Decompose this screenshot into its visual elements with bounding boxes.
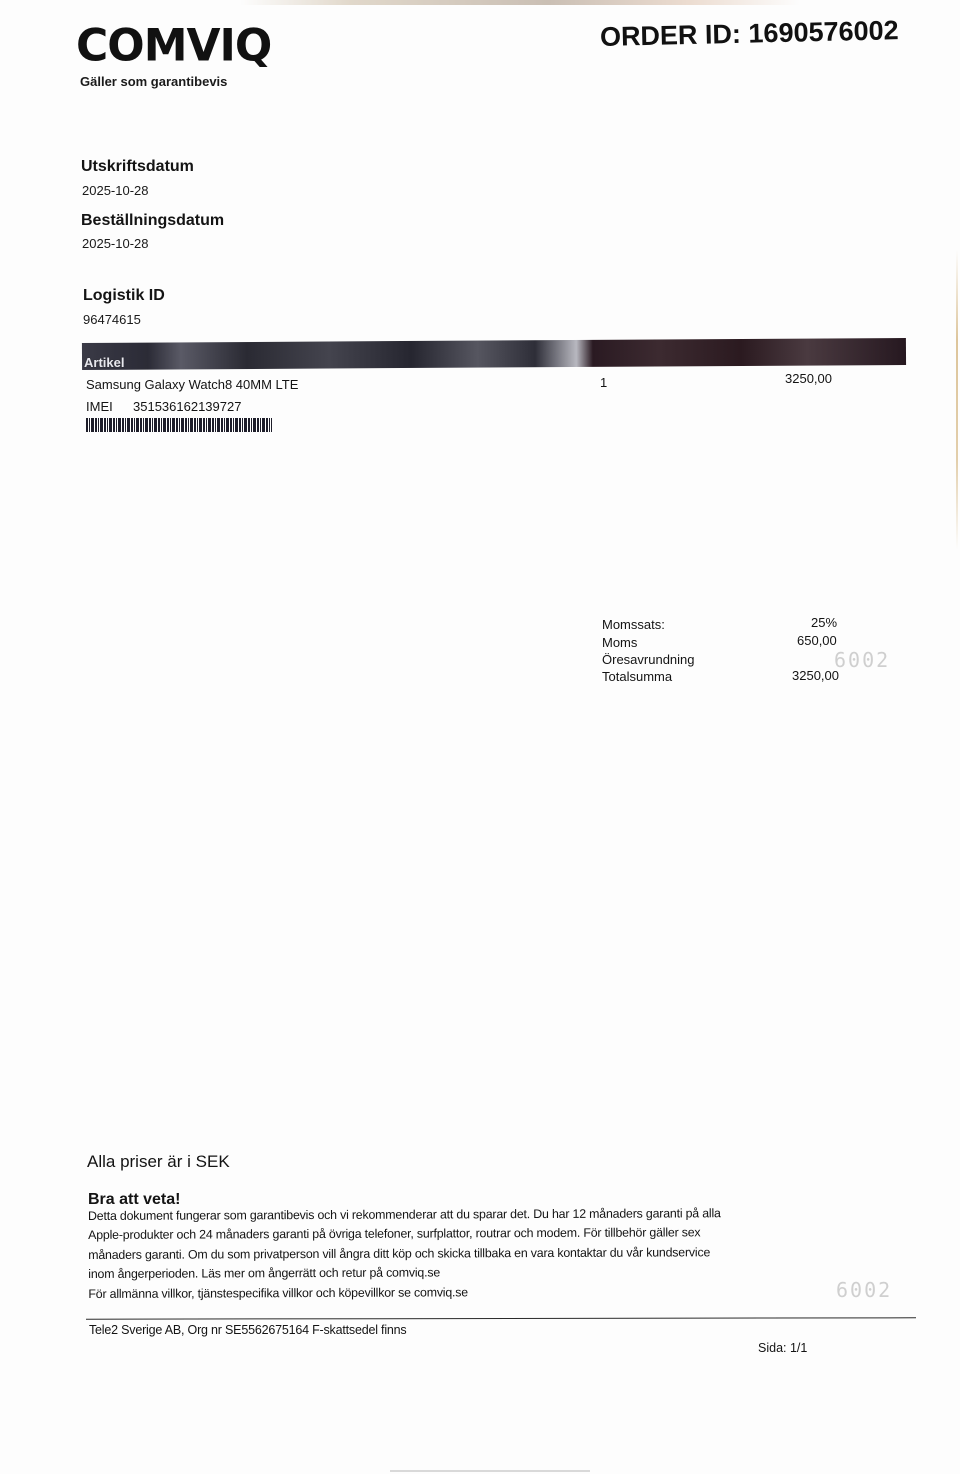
warranty-tagline: Gäller som garantibevis — [80, 74, 227, 89]
order-id-label: ORDER ID: — [600, 19, 742, 52]
total-value: 3250,00 — [792, 668, 839, 683]
order-date-label: Beställningsdatum — [81, 212, 224, 230]
vat-rate-label: Momssats: — [602, 617, 665, 632]
imei-label: IMEI — [86, 399, 113, 414]
logistics-id-label: Logistik ID — [83, 287, 165, 305]
vat-label: Moms — [602, 635, 637, 650]
print-date-value: 2025-10-28 — [82, 183, 149, 198]
good-to-know-line: Apple-produkter och 24 månaders garanti … — [88, 1223, 768, 1245]
bleed-through-mark: 6002 — [836, 1278, 892, 1302]
brand-logo: COMVIQ — [76, 19, 271, 71]
page-number: Sida: 1/1 — [758, 1341, 807, 1355]
article-column-label: Artikel — [84, 355, 124, 370]
imei-barcode — [86, 418, 272, 432]
article-price: 3250,00 — [785, 371, 832, 386]
good-to-know-line: månaders garanti. Om du som privatperson… — [88, 1243, 768, 1265]
total-label: Totalsumma — [602, 669, 672, 684]
scan-artifact-bottom — [390, 1470, 590, 1472]
article-quantity: 1 — [600, 375, 607, 390]
order-date-value: 2025-10-28 — [82, 236, 149, 251]
imei-value: 351536162139727 — [133, 399, 241, 414]
bleed-through-mark: 6002 — [834, 648, 890, 672]
order-id-heading: ORDER ID: 1690576002 — [600, 15, 899, 53]
good-to-know-line: För allmänna villkor, tjänstespecifika v… — [88, 1282, 768, 1304]
footer-divider — [86, 1317, 916, 1319]
vat-value: 650,00 — [797, 633, 837, 648]
footer-company-info: Tele2 Sverige AB, Org nr SE5562675164 F-… — [89, 1323, 406, 1337]
currency-note: Alla priser är i SEK — [87, 1152, 230, 1172]
print-date-label: Utskriftsdatum — [81, 158, 194, 176]
logistics-id-value: 96474615 — [83, 312, 141, 327]
scan-artifact-edge — [956, 250, 958, 550]
vat-rate-value: 25% — [811, 615, 837, 630]
rounding-label: Öresavrundning — [602, 652, 695, 667]
order-id-value: 1690576002 — [748, 15, 899, 48]
receipt-page: COMVIQ Gäller som garantibevis ORDER ID:… — [0, 0, 960, 1474]
scan-artifact-top — [240, 0, 800, 5]
article-table-header — [82, 338, 906, 370]
good-to-know-body: Detta dokument fungerar som garantibevis… — [88, 1204, 768, 1304]
article-name: Samsung Galaxy Watch8 40MM LTE — [86, 377, 298, 392]
